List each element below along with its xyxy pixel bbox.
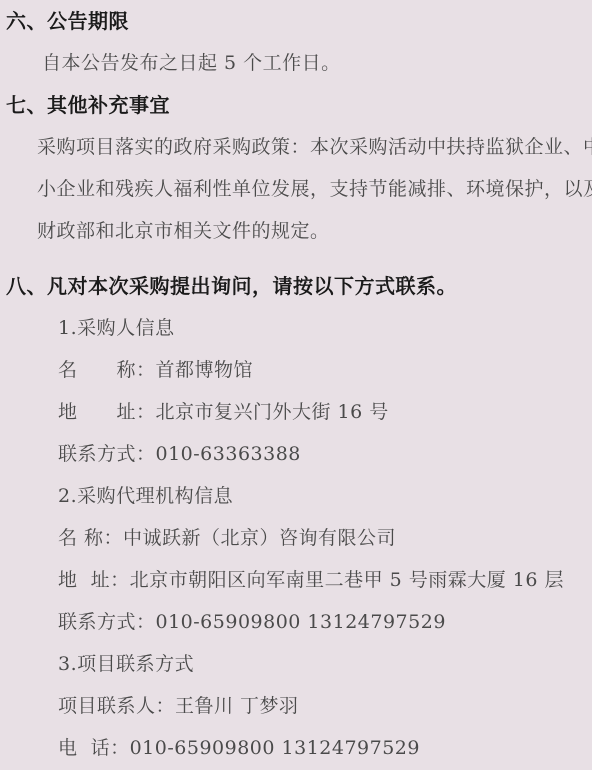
project-phone: 电 话：010-65909800 13124797529 <box>4 727 588 769</box>
project-contact-title: 3.项目联系方式 <box>4 643 588 685</box>
heading-other-matters: 七、其他补充事宜 <box>4 84 588 126</box>
purchaser-address: 地 址：北京市复兴门外大街 16 号 <box>4 391 588 433</box>
purchaser-name: 名 称：首都博物馆 <box>4 349 588 391</box>
agency-info-title: 2.采购代理机构信息 <box>4 475 588 517</box>
agency-address: 地 址：北京市朝阳区向军南里二巷甲 5 号雨霖大厦 16 层 <box>4 559 588 601</box>
agency-phone: 联系方式：010-65909800 13124797529 <box>4 601 588 643</box>
para-other-matters-line-3: 财政部和北京市相关文件的规定。 <box>4 210 588 252</box>
heading-announcement-period: 六、公告期限 <box>4 0 588 42</box>
document-page: 六、公告期限 自本公告发布之日起 5 个工作日。 七、其他补充事宜 采购项目落实… <box>0 0 592 770</box>
heading-contact-info: 八、凡对本次采购提出询问，请按以下方式联系。 <box>4 265 588 307</box>
para-announcement-period: 自本公告发布之日起 5 个工作日。 <box>4 42 588 84</box>
para-other-matters-line-1: 采购项目落实的政府采购政策：本次采购活动中扶持监狱企业、中 <box>4 126 588 168</box>
agency-name: 名 称：中诚跃新（北京）咨询有限公司 <box>4 517 588 559</box>
purchaser-info-title: 1.采购人信息 <box>4 307 588 349</box>
para-other-matters-line-2: 小企业和残疾人福利性单位发展，支持节能减排、环境保护，以及 <box>4 168 588 210</box>
purchaser-phone: 联系方式：010-63363388 <box>4 433 588 475</box>
project-contact-person: 项目联系人：王鲁川 丁梦羽 <box>4 685 588 727</box>
